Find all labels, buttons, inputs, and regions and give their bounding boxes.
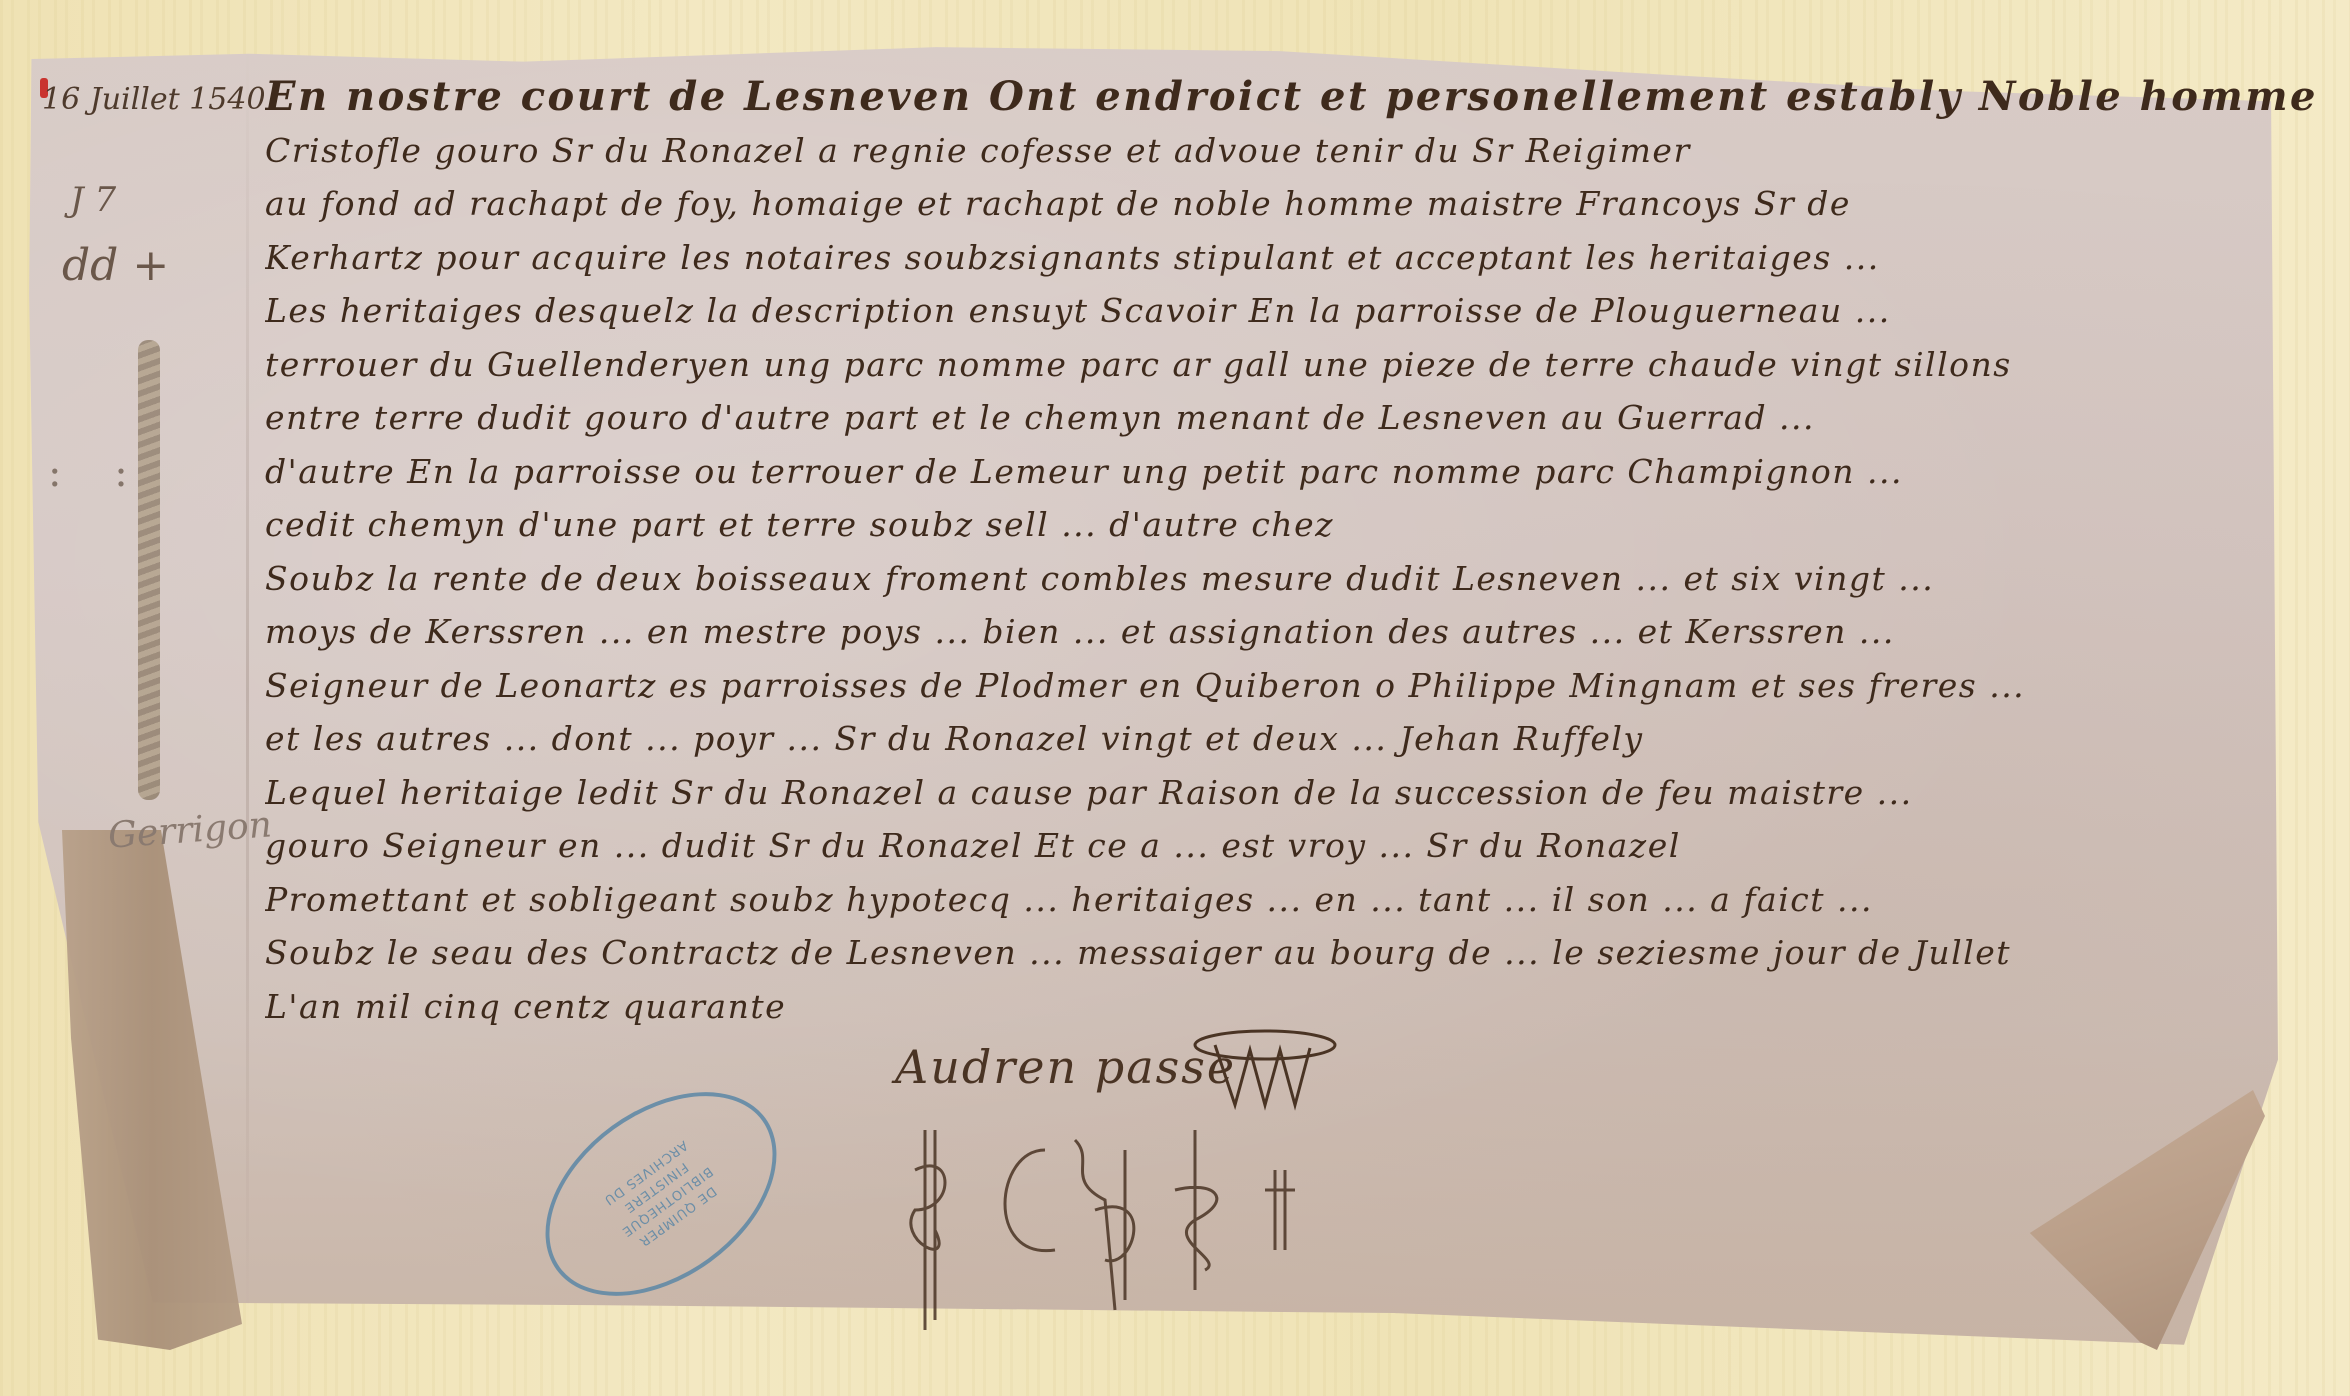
text-line: entre terre dudit gouro d'autre part et … <box>265 391 2325 445</box>
text-line: et les autres ... dont ... poyr ... Sr d… <box>265 712 2325 766</box>
signature-flourish-icon <box>1185 1020 1345 1120</box>
text-line: Les heritaiges desquelz la description e… <box>265 284 2325 338</box>
deed-body-text: En nostre court de Lesneven Ont endroict… <box>265 70 2325 1033</box>
text-line: Seigneur de Leonartz es parroisses de Pl… <box>265 659 2325 713</box>
text-line: Soubz la rente de deux boisseaux froment… <box>265 552 2325 606</box>
margin-reference-1: J 7 <box>70 180 116 220</box>
text-line: moys de Kerssren ... en mestre poys ... … <box>265 605 2325 659</box>
margin-date-note: 16 Juillet 1540 <box>42 82 266 117</box>
text-line: Kerhartz pour acquire les notaires soubz… <box>265 231 2325 285</box>
text-line: Promettant et sobligeant soubz hypotecq … <box>265 873 2325 927</box>
paraph-marks-icon <box>895 1110 1355 1340</box>
seal-thread-trace <box>138 340 160 800</box>
text-line: cedit chemyn d'une part et terre soubz s… <box>265 498 2325 552</box>
text-line: terrouer du Guellenderyen ung parc nomme… <box>265 338 2325 392</box>
margin-reference-2: dd + <box>62 240 169 291</box>
text-line: Cristofle gouro Sr du Ronazel a regnie c… <box>265 124 2325 178</box>
text-line: Soubz le seau des Contractz de Lesneven … <box>265 926 2325 980</box>
signature-block: Audren passe <box>895 1040 1236 1094</box>
text-line: d'autre En la parroisse ou terrouer de L… <box>265 445 2325 499</box>
punch-holes: : : <box>48 450 148 496</box>
text-line: au fond ad rachapt de foy, homaige et ra… <box>265 177 2325 231</box>
text-line: En nostre court de Lesneven Ont endroict… <box>265 70 2325 124</box>
vertical-crease <box>246 45 249 1335</box>
text-line: gouro Seigneur en ... dudit Sr du Ronaze… <box>265 819 2325 873</box>
text-line: Lequel heritaige ledit Sr du Ronazel a c… <box>265 766 2325 820</box>
